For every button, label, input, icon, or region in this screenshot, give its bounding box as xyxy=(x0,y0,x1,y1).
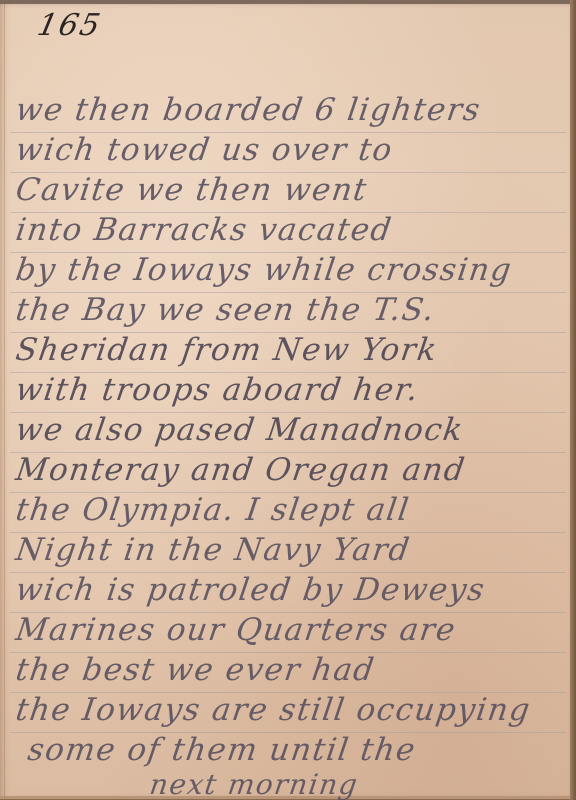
handwritten-line: Night in the Navy Yard xyxy=(13,532,412,568)
handwritten-line: Cavite we then went xyxy=(13,172,369,208)
handwritten-line: the Olympia. I slept all xyxy=(13,492,412,528)
handwritten-line: Monteray and Oregan and xyxy=(13,452,468,488)
handwritten-line: the Ioways are still occupying xyxy=(13,692,533,728)
handwritten-line: wich is patroled by Deweys xyxy=(13,572,487,608)
page-top-edge xyxy=(0,0,576,4)
handwritten-line: wich towed us over to xyxy=(13,132,395,168)
handwritten-line: by the Ioways while crossing xyxy=(13,252,514,288)
handwritten-line: the Bay we seen the T.S. xyxy=(13,292,437,328)
handwritten-line: we then boarded 6 lighters xyxy=(13,92,483,128)
handwritten-line: we also pased Manadnock xyxy=(13,412,466,448)
handwritten-line: the best we ever had xyxy=(13,652,377,688)
handwritten-line: some of them until the xyxy=(25,732,418,768)
handwritten-line: into Barracks vacated xyxy=(13,212,394,248)
handwritten-line: with troops aboard her. xyxy=(13,372,421,408)
diary-page: 165 we then boarded 6 lighters wich towe… xyxy=(0,0,573,799)
handwritten-line: Sheridan from New York xyxy=(13,332,440,368)
page-binding-edge xyxy=(570,0,576,800)
page-number: 165 xyxy=(34,8,105,43)
handwritten-line: next morning xyxy=(148,768,361,800)
page-margin-line xyxy=(4,0,5,800)
handwritten-line: Marines our Quarters are xyxy=(13,612,458,648)
